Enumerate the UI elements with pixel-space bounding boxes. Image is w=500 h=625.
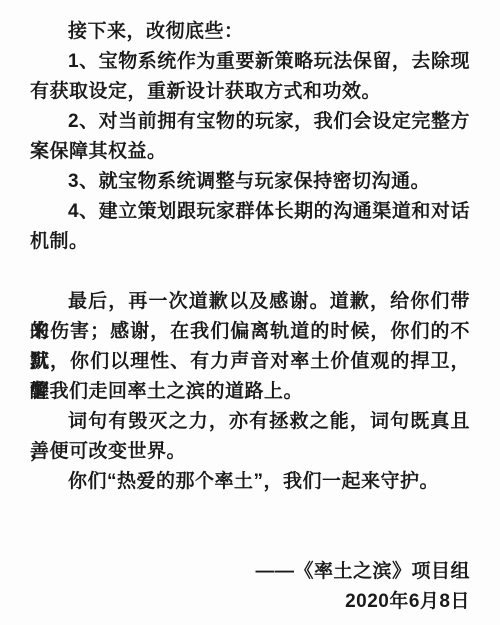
letter-line: 最后，再一次道歉以及感谢。道歉，给你们带来	[30, 287, 470, 317]
date-line: 2020年6月8日	[30, 587, 470, 617]
letter-body: 接下来，改彻底些： 1、宝物系统作为重要新策略玩法保留，去除现 有获取设定，重新…	[30, 17, 470, 617]
letter-line: 的伤害；感谢，在我们偏离轨道的时候，你们的不沉	[30, 317, 470, 347]
letter-line: 词句有毁灭之力，亦有拯救之能，词句既真且善	[30, 407, 470, 437]
letter-line: 机制。	[30, 227, 470, 257]
letter-line: 有获取设定，重新设计获取方式和功效。	[30, 77, 470, 107]
letter-line: 醒我们走回率土之滨的道路上。	[30, 377, 470, 407]
letter-line: 案保障其权益。	[30, 137, 470, 167]
letter-line: 你们“热爱的那个率土”，我们一起来守护。	[30, 467, 470, 497]
letter-line: 1、宝物系统作为重要新策略玩法保留，去除现	[30, 47, 470, 77]
signature-gap	[30, 497, 470, 557]
letter-line: 3、就宝物系统调整与玩家保持密切沟通。	[30, 167, 470, 197]
letter-line: 默，你们以理性、有力声音对率土价值观的捍卫，警	[30, 347, 470, 377]
letter-line: ，便可改变世界。	[30, 437, 470, 467]
signature-line: ——《率土之滨》项目组	[30, 557, 470, 587]
paragraph-gap	[30, 257, 470, 287]
letter-line: 2、对当前拥有宝物的玩家，我们会设定完整方	[30, 107, 470, 137]
letter-line: 4、建立策划跟玩家群体长期的沟通渠道和对话	[30, 197, 470, 227]
letter-line: 接下来，改彻底些：	[30, 17, 470, 47]
